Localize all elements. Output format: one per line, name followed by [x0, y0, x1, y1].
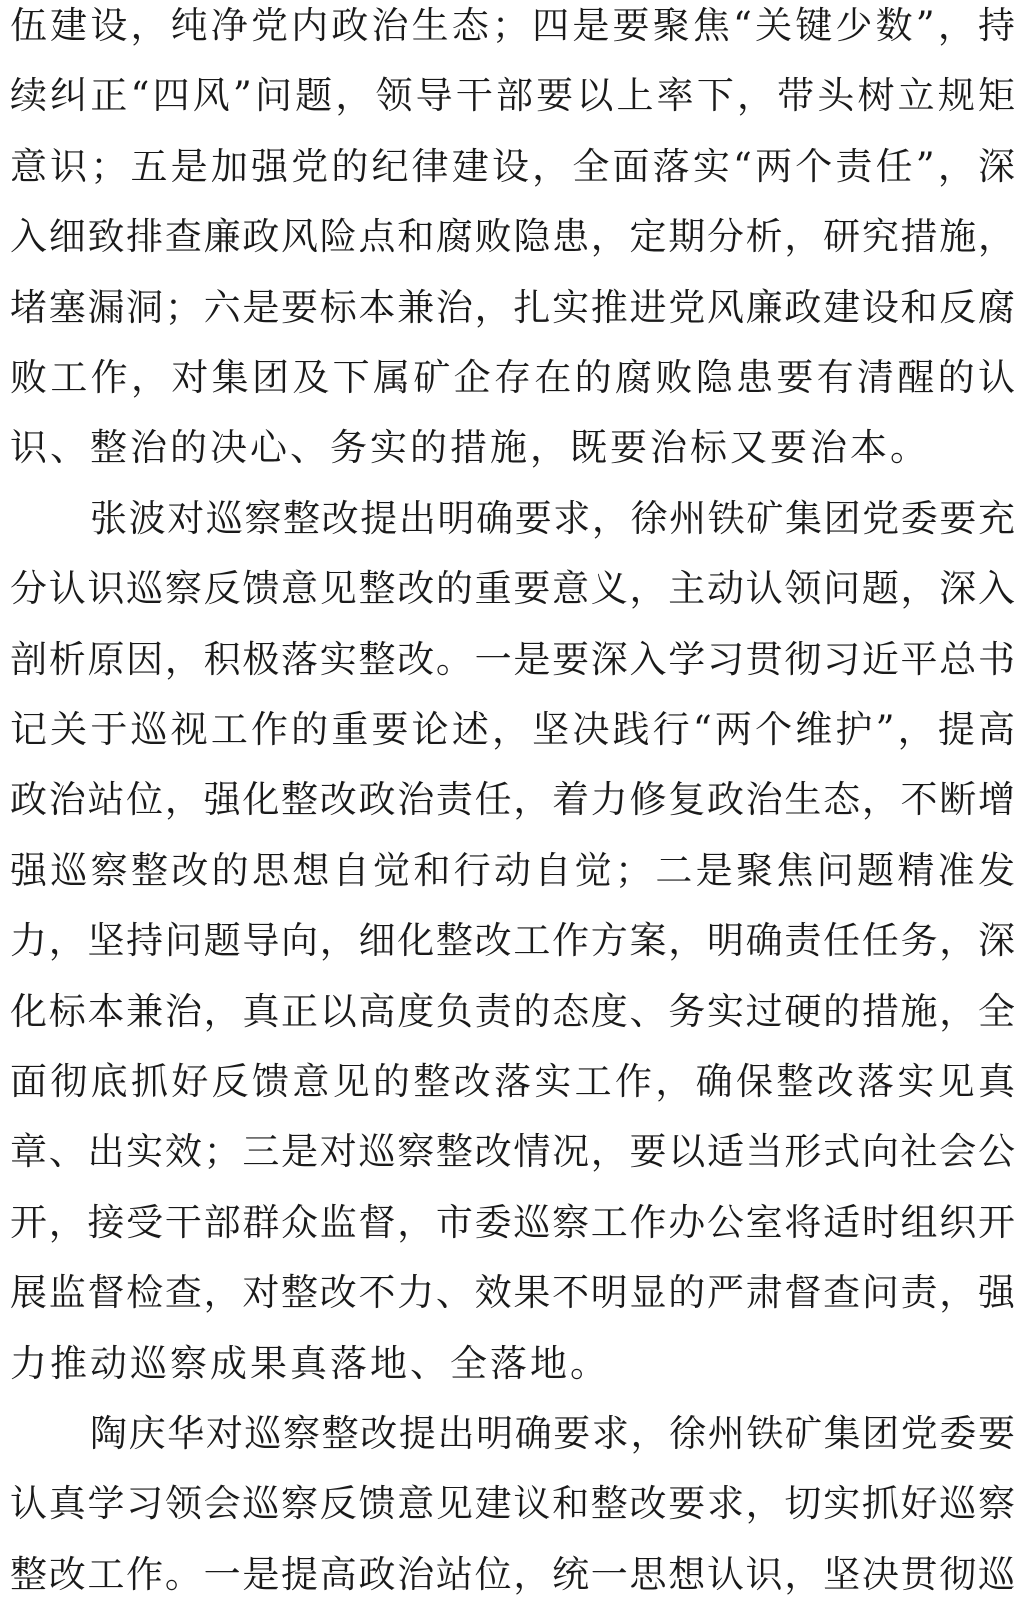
text-line: 入细致排查廉政风险点和腐败隐患，定期分析，研究措施， — [10, 215, 1015, 259]
text-line: 剖析原因，积极落实整改。一是要深入学习贯彻习近平总书 — [10, 638, 1015, 682]
text-line: 伍建设，纯净党内政治生态；四是要聚焦“关键少数”，持 — [10, 4, 1015, 48]
text-line: 力，坚持问题导向，细化整改工作方案，明确责任任务，深 — [10, 919, 1015, 963]
text-line: 整改工作。一是提高政治站位，统一思想认识，坚决贯彻巡 — [10, 1553, 1015, 1597]
paragraph-first-line: 陶庆华对巡察整改提出明确要求，徐州铁矿集团党委要 — [90, 1412, 1015, 1456]
document-page: 伍建设，纯净党内政治生态；四是要聚焦“关键少数”，持 续纠正“四风”问题，领导干… — [0, 0, 1023, 1600]
text-line: 堵塞漏洞；六是要标本兼治，扎实推进党风廉政建设和反腐 — [10, 286, 1015, 330]
text-line: 章、出实效；三是对巡察整改情况，要以适当形式向社会公 — [10, 1130, 1015, 1174]
paragraph-first-line: 张波对巡察整改提出明确要求，徐州铁矿集团党委要充 — [90, 497, 1015, 541]
text-line: 意识；五是加强党的纪律建设，全面落实“两个责任”，深 — [10, 145, 1015, 189]
text-line: 强巡察整改的思想自觉和行动自觉；二是聚焦问题精准发 — [10, 849, 1015, 893]
text-line: 面彻底抓好反馈意见的整改落实工作，确保整改落实见真 — [10, 1060, 1015, 1104]
text-line: 力推动巡察成果真落地、全落地。 — [10, 1342, 1015, 1386]
text-line: 识、整治的决心、务实的措施，既要治标又要治本。 — [10, 426, 1015, 470]
text-line: 记关于巡视工作的重要论述，坚决践行“两个维护”，提高 — [10, 708, 1015, 752]
text-line: 败工作，对集团及下属矿企存在的腐败隐患要有清醒的认 — [10, 356, 1015, 400]
text-line: 续纠正“四风”问题，领导干部要以上率下，带头树立规矩 — [10, 74, 1015, 118]
text-line: 开，接受干部群众监督，市委巡察工作办公室将适时组织开 — [10, 1201, 1015, 1245]
text-line: 认真学习领会巡察反馈意见建议和整改要求，切实抓好巡察 — [10, 1482, 1015, 1526]
text-line: 分认识巡察反馈意见整改的重要意义，主动认领问题，深入 — [10, 567, 1015, 611]
text-line: 化标本兼治，真正以高度负责的态度、务实过硬的措施，全 — [10, 990, 1015, 1034]
text-line: 政治站位，强化整改政治责任，着力修复政治生态，不断增 — [10, 778, 1015, 822]
text-line: 展监督检查，对整改不力、效果不明显的严肃督查问责，强 — [10, 1271, 1015, 1315]
